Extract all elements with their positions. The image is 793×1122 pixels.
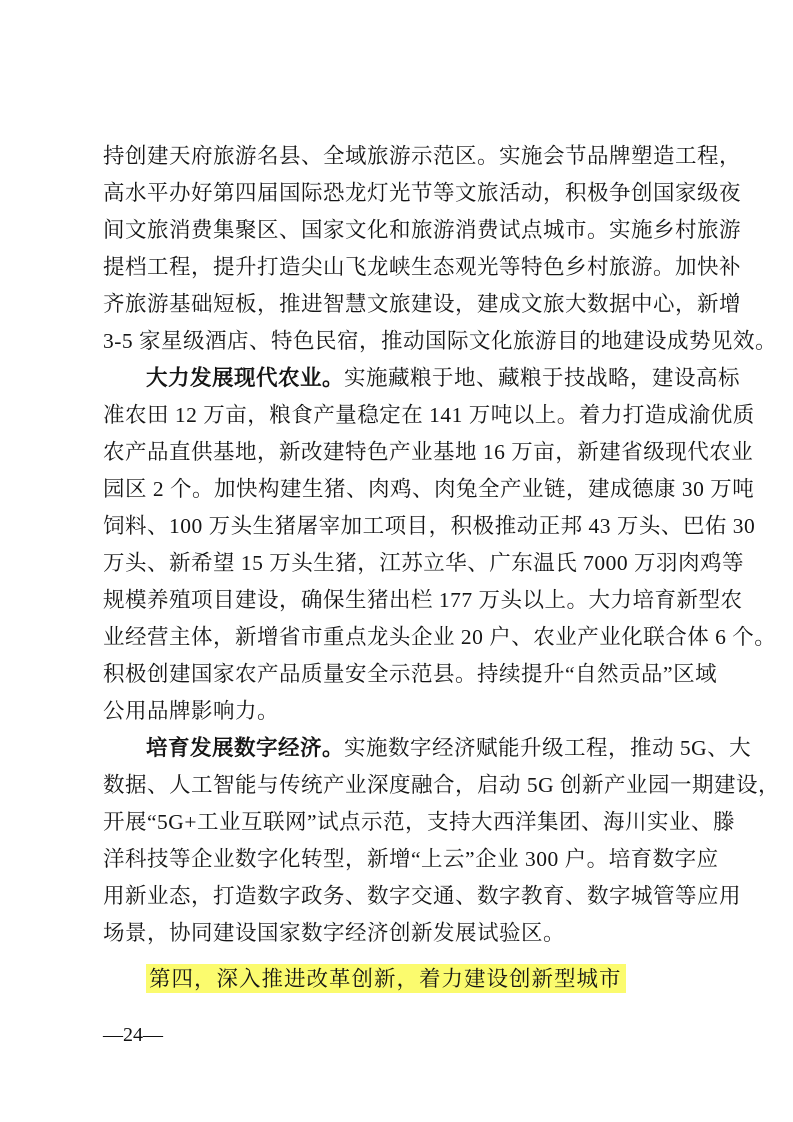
- text-line: 3-5 家星级酒店、特色民宿，推动国际文化旅游目的地建设成势见效。: [103, 323, 701, 360]
- text-line: 万头、新希望 15 万头生猪，江苏立华、广东温氏 7000 万羽肉鸡等: [103, 545, 701, 582]
- paragraph-lead-line: 大力发展现代农业。实施藏粮于地、藏粮于技战略，建设高标: [103, 360, 701, 397]
- paragraph-lead-bold: 大力发展现代农业。: [146, 366, 344, 390]
- section-heading: 第四，深入推进改革创新，着力建设创新型城市: [103, 961, 701, 998]
- text-line: 开展“5G+工业互联网”试点示范，支持大西洋集团、海川实业、滕: [103, 804, 701, 841]
- text-line: 持创建天府旅游名县、全域旅游示范区。实施会节品牌塑造工程，: [103, 138, 701, 175]
- document-page: 持创建天府旅游名县、全域旅游示范区。实施会节品牌塑造工程， 高水平办好第四届国际…: [0, 0, 793, 1122]
- text-line: 间文旅消费集聚区、国家文化和旅游消费试点城市。实施乡村旅游: [103, 212, 701, 249]
- section-heading-highlight: 第四，深入推进改革创新，着力建设创新型城市: [146, 964, 626, 993]
- text-line: 业经营主体，新增省市重点龙头企业 20 户、农业产业化联合体 6 个。: [103, 619, 701, 656]
- text-line: 洋科技等企业数字化转型，新增“上云”企业 300 户。培育数字应: [103, 841, 701, 878]
- text-line: 提档工程，提升打造尖山飞龙峡生态观光等特色乡村旅游。加快补: [103, 249, 701, 286]
- text-line: 饲料、100 万头生猪屠宰加工项目，积极推动正邦 43 万头、巴佑 30: [103, 508, 701, 545]
- text-line: 准农田 12 万亩，粮食产量稳定在 141 万吨以上。着力打造成渝优质: [103, 397, 701, 434]
- text-line: 场景，协同建设国家数字经济创新发展试验区。: [103, 915, 701, 952]
- lead-line-rest: 实施数字经济赋能升级工程，推动 5G、大: [344, 736, 751, 760]
- text-line: 规模养殖项目建设，确保生猪出栏 177 万头以上。大力培育新型农: [103, 582, 701, 619]
- text-line: 公用品牌影响力。: [103, 693, 701, 730]
- text-line: 积极创建国家农产品质量安全示范县。持续提升“自然贡品”区域: [103, 656, 701, 693]
- paragraph-lead-bold: 培育发展数字经济。: [146, 736, 344, 760]
- text-line: 用新业态，打造数字政务、数字交通、数字教育、数字城管等应用: [103, 878, 701, 915]
- page-body: 持创建天府旅游名县、全域旅游示范区。实施会节品牌塑造工程， 高水平办好第四届国际…: [103, 138, 701, 998]
- paragraph-tourism: 持创建天府旅游名县、全域旅游示范区。实施会节品牌塑造工程， 高水平办好第四届国际…: [103, 138, 701, 360]
- text-line: 高水平办好第四届国际恐龙灯光节等文旅活动，积极争创国家级夜: [103, 175, 701, 212]
- text-line: 园区 2 个。加快构建生猪、肉鸡、肉兔全产业链，建成德康 30 万吨: [103, 471, 701, 508]
- paragraph-agriculture: 大力发展现代农业。实施藏粮于地、藏粮于技战略，建设高标 准农田 12 万亩，粮食…: [103, 360, 701, 730]
- paragraph-digital-economy: 培育发展数字经济。实施数字经济赋能升级工程，推动 5G、大 数据、人工智能与传统…: [103, 730, 701, 952]
- text-line: 数据、人工智能与传统产业深度融合，启动 5G 创新产业园一期建设，: [103, 767, 701, 804]
- text-line: 农产品直供基地，新改建特色产业基地 16 万亩，新建省级现代农业: [103, 434, 701, 471]
- page-number: —24—: [103, 1020, 163, 1050]
- paragraph-lead-line: 培育发展数字经济。实施数字经济赋能升级工程，推动 5G、大: [103, 730, 701, 767]
- lead-line-rest: 实施藏粮于地、藏粮于技战略，建设高标: [344, 366, 740, 390]
- text-line: 齐旅游基础短板，推进智慧文旅建设，建成文旅大数据中心，新增: [103, 286, 701, 323]
